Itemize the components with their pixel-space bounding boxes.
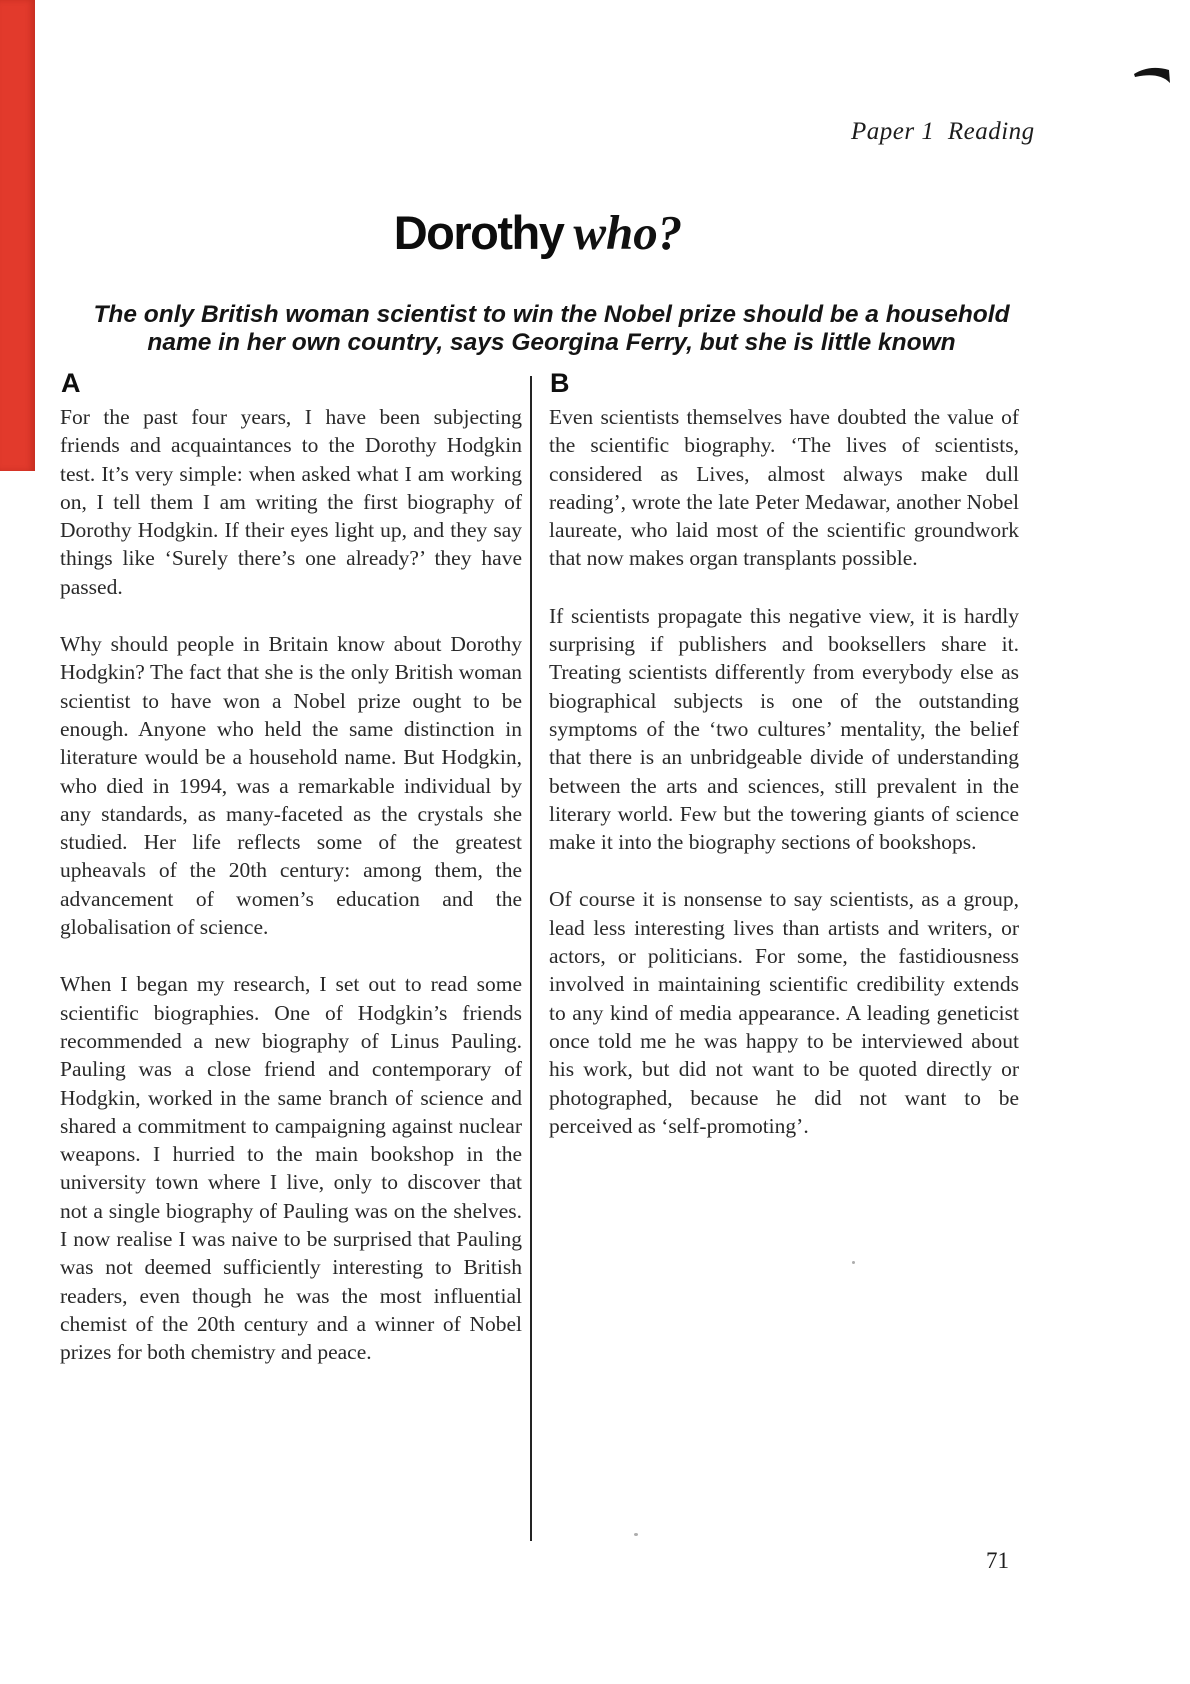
scanned-exam-page: Paper 1 Reading Dorothywho? The only Bri… — [0, 0, 1190, 1684]
standfirst: The only British woman scientist to win … — [64, 301, 1039, 357]
column-divider — [530, 376, 532, 1541]
column-a: A For the past four years, I have been s… — [60, 368, 522, 1396]
corner-mark-shape — [1134, 66, 1172, 88]
running-header: Paper 1 Reading — [851, 118, 1035, 146]
column-b: B Even scientists themselves have doubte… — [549, 368, 1019, 1169]
article-title-main: Dorothy — [394, 206, 564, 259]
paragraph-a1: For the past four years, I have been sub… — [60, 403, 522, 601]
paragraph-a2: Why should people in Britain know about … — [60, 630, 522, 941]
paragraph-a3: When I began my research, I set out to r… — [60, 970, 522, 1366]
paragraph-b2: If scientists propagate this negative vi… — [549, 602, 1019, 857]
page-number: 71 — [986, 1548, 1009, 1574]
paragraph-b3: Of course it is nonsense to say scientis… — [549, 885, 1019, 1140]
paragraph-b1: Even scientists themselves have doubted … — [549, 403, 1019, 573]
section-label-b: B — [550, 368, 1019, 398]
article-title-emphasis: who? — [573, 205, 682, 260]
section-label-a: A — [61, 368, 522, 398]
scan-speck — [852, 1261, 855, 1264]
article-title: Dorothywho? — [0, 204, 1076, 261]
corner-mark — [1134, 66, 1172, 88]
scan-speck — [634, 1533, 638, 1536]
